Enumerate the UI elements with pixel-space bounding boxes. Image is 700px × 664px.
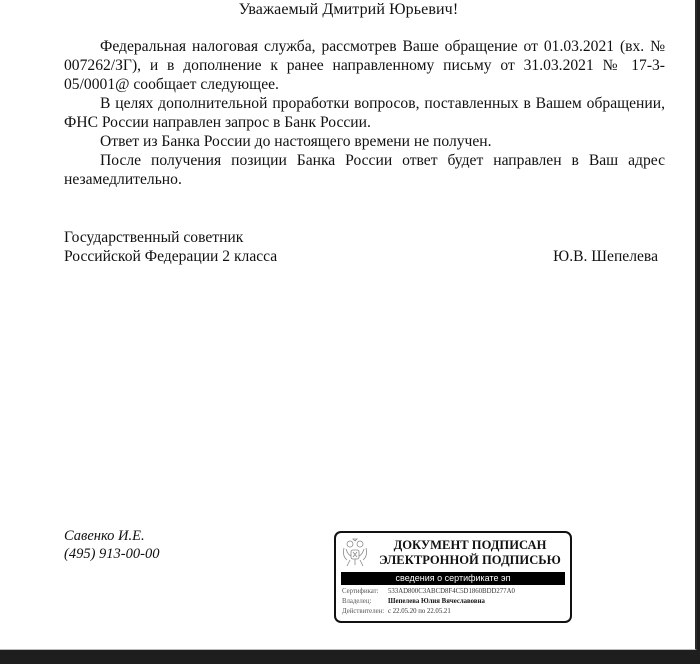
paragraph: В целях дополнительной проработки вопрос…: [64, 94, 665, 132]
certificate-label: Сертификат:: [342, 587, 388, 597]
validity-row: Действителен: с 22.05.20 по 22.05.21: [342, 607, 566, 617]
contact-name: Савенко И.Е.: [64, 527, 159, 545]
certificate-details: Сертификат: 533AD800C3ABCD8F4C5D1860BDD2…: [342, 587, 566, 617]
certificate-info-bar: сведения о сертификате эп: [341, 572, 565, 585]
signatory-title-line1: Государственный советник: [64, 228, 277, 247]
signatory-title: Государственный советник Российской Феде…: [64, 228, 277, 266]
letter-body: Федеральная налоговая служба, рассмотрев…: [64, 37, 665, 189]
coat-of-arms-icon: [342, 538, 368, 568]
owner-value: Шепелева Юлия Вячеславовна: [388, 597, 485, 607]
paragraph: Федеральная налоговая служба, рассмотрев…: [64, 37, 665, 94]
salutation: Уважаемый Дмитрий Юрьевич!: [0, 1, 697, 19]
stamp-title-line2: ЭЛЕКТРОННОЙ ПОДПИСЬЮ: [370, 553, 570, 568]
document-page: Уважаемый Дмитрий Юрьевич! Федеральная н…: [0, 0, 697, 650]
paragraph: После получения позиции Банка России отв…: [64, 151, 665, 189]
stamp-title-line1: ДОКУМЕНТ ПОДПИСАН: [370, 538, 570, 553]
stamp-title: ДОКУМЕНТ ПОДПИСАН ЭЛЕКТРОННОЙ ПОДПИСЬЮ: [370, 538, 570, 568]
contact-block: Савенко И.Е. (495) 913-00-00: [64, 527, 159, 563]
validity-value: с 22.05.20 по 22.05.21: [388, 607, 451, 617]
contact-phone: (495) 913-00-00: [64, 545, 159, 563]
certificate-row: Сертификат: 533AD800C3ABCD8F4C5D1860BDD2…: [342, 587, 566, 597]
signatory-title-line2: Российской Федерации 2 класса: [64, 247, 277, 266]
owner-row: Владелец: Шепелева Юлия Вячеславовна: [342, 597, 566, 607]
electronic-signature-stamp: ДОКУМЕНТ ПОДПИСАН ЭЛЕКТРОННОЙ ПОДПИСЬЮ с…: [334, 531, 572, 623]
signatory-name: Ю.В. Шепелева: [553, 247, 658, 266]
validity-label: Действителен:: [342, 607, 388, 617]
certificate-value: 533AD800C3ABCD8F4C5D1860BDD277A0: [388, 587, 515, 597]
owner-label: Владелец:: [342, 597, 388, 607]
paragraph: Ответ из Банка России до настоящего врем…: [64, 132, 665, 151]
